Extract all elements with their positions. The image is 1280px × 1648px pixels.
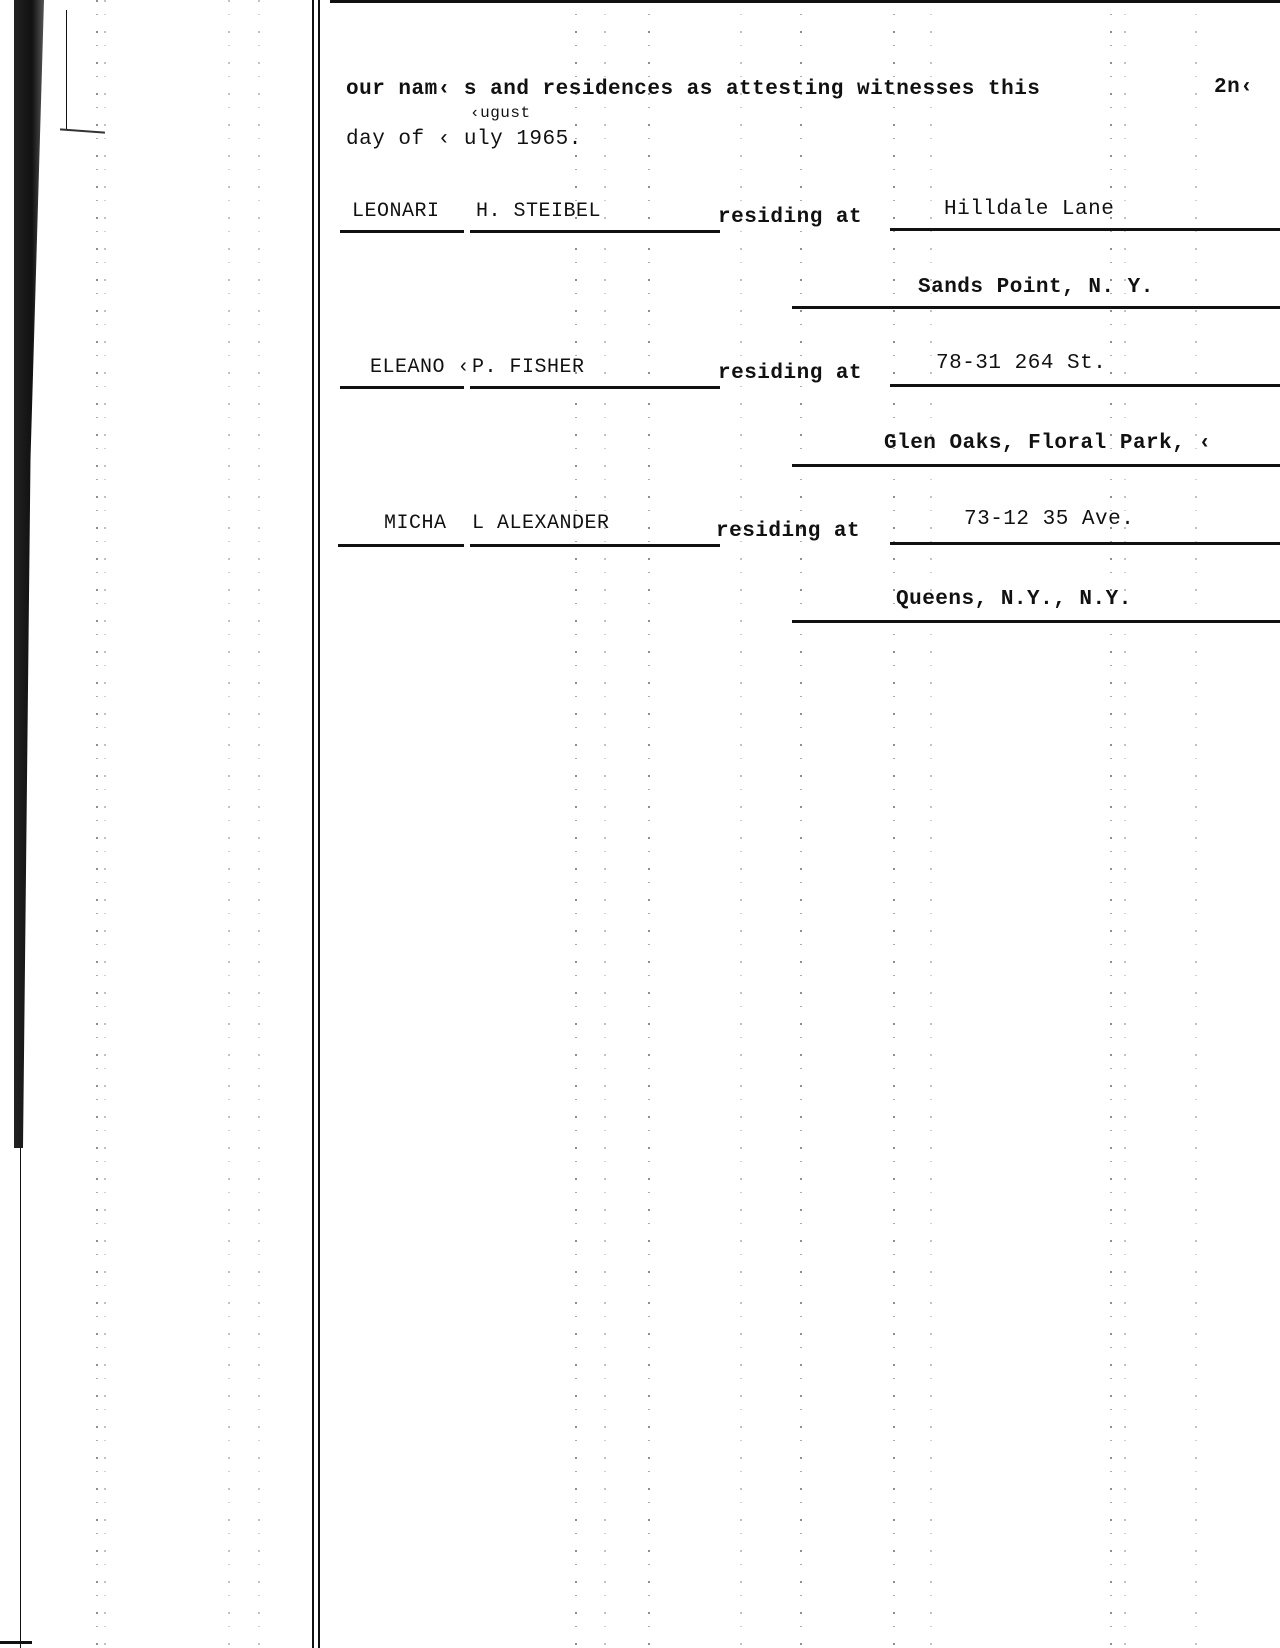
signature-line bbox=[470, 544, 720, 547]
scan-streak bbox=[740, 0, 742, 1648]
witness-name-rest: L ALEXANDER bbox=[472, 512, 610, 535]
signature-line bbox=[340, 230, 464, 233]
address-rule bbox=[792, 464, 1280, 467]
intro-line: our nam‹ s and residences as attesting w… bbox=[346, 78, 1040, 101]
residing-label: residing at bbox=[718, 206, 862, 229]
page-margin-line-right bbox=[318, 0, 320, 1648]
address-line-1: 78-31 264 St. bbox=[936, 352, 1106, 375]
fold-mark bbox=[60, 128, 105, 133]
scan-edge-line bbox=[20, 1148, 21, 1648]
date-suffix: 2n‹ bbox=[1214, 76, 1253, 99]
residing-label: residing at bbox=[716, 520, 860, 543]
witness-name-rest: P. FISHER bbox=[472, 356, 585, 379]
scan-streak bbox=[930, 0, 932, 1648]
scan-streak bbox=[228, 0, 230, 1648]
signature-line bbox=[338, 544, 464, 547]
scan-streak bbox=[893, 0, 895, 1648]
date-correction: ‹ugust bbox=[470, 104, 531, 122]
fold-line bbox=[66, 10, 67, 130]
address-line-1: Hilldale Lane bbox=[944, 198, 1114, 221]
witness-name-first: MICHA bbox=[384, 512, 447, 535]
date-line: day of ‹ uly 1965. bbox=[346, 128, 582, 151]
scan-streak bbox=[648, 0, 650, 1648]
address-rule bbox=[792, 306, 1280, 309]
witness-name-rest: H. STEIBEL bbox=[476, 200, 601, 223]
scan-streak bbox=[800, 0, 802, 1648]
address-line-2: Glen Oaks, Floral Park, ‹ bbox=[884, 432, 1212, 455]
address-rule bbox=[792, 620, 1280, 623]
signature-line bbox=[470, 386, 720, 389]
corner-mark bbox=[0, 1641, 32, 1644]
signature-line bbox=[470, 230, 720, 233]
page-margin-line-left bbox=[312, 0, 314, 1648]
witness-name-first: ELEANO ‹ bbox=[370, 356, 470, 379]
scanned-document-page: our nam‹ s and residences as attesting w… bbox=[0, 0, 1280, 1648]
scan-streak bbox=[1124, 0, 1126, 1648]
scan-streak bbox=[575, 0, 577, 1648]
address-rule bbox=[890, 228, 1280, 231]
scan-streak bbox=[104, 0, 106, 1648]
address-rule bbox=[890, 542, 1280, 545]
scan-streak bbox=[604, 0, 606, 1648]
signature-line bbox=[340, 386, 464, 389]
address-rule bbox=[890, 384, 1280, 387]
top-edge-rule bbox=[330, 0, 1280, 3]
scan-streak bbox=[1195, 0, 1197, 1648]
address-line-2: Sands Point, N. Y. bbox=[918, 276, 1154, 299]
address-line-2: Queens, N.Y., N.Y. bbox=[896, 588, 1132, 611]
scan-streak bbox=[1110, 0, 1112, 1648]
residing-label: residing at bbox=[718, 362, 862, 385]
scan-streak bbox=[258, 0, 260, 1648]
scan-streak bbox=[96, 0, 98, 1648]
scan-dark-edge bbox=[14, 0, 44, 1148]
address-line-1: 73-12 35 Ave. bbox=[964, 508, 1134, 531]
witness-name-first: LEONARI bbox=[352, 200, 440, 223]
